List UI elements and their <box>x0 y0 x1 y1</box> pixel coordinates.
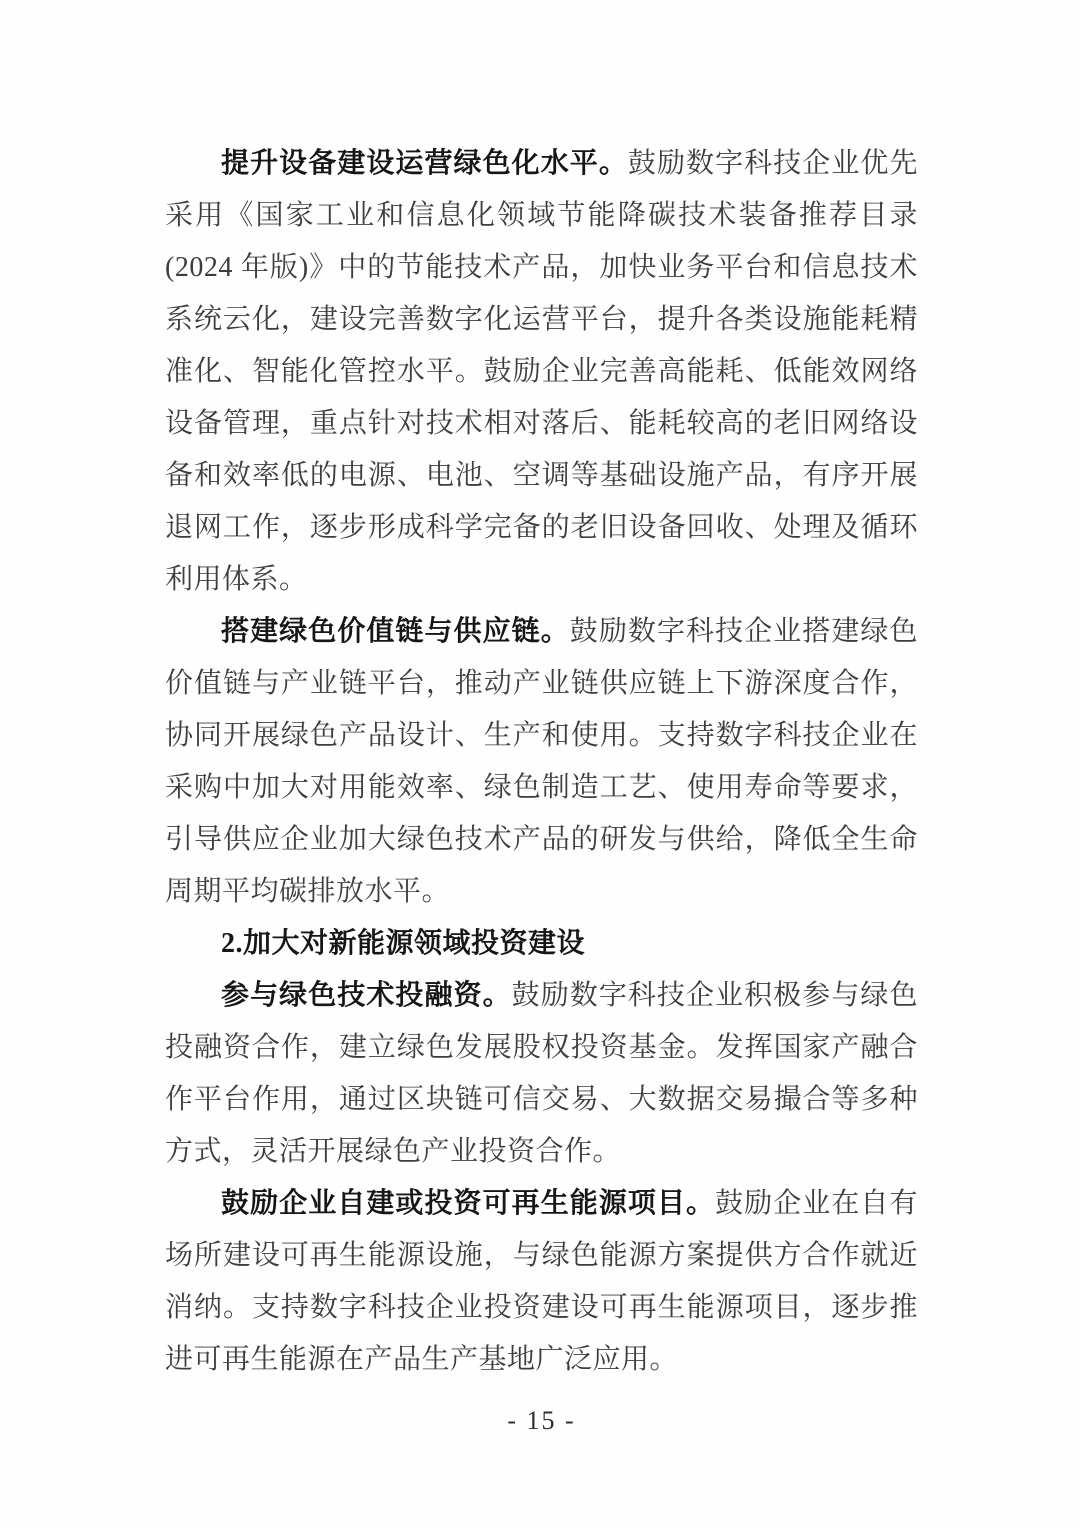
body-text-run: 鼓励数字科技企业搭建绿色 <box>570 616 918 647</box>
bold-lead-run: 鼓励企业自建或投资可再生能源项目。 <box>221 1188 715 1219</box>
paragraph-line: 消纳。支持数字科技企业投资建设可再生能源项目，逐步推 <box>165 1282 918 1334</box>
document-body: 提升设备建设运营绿色化水平。鼓励数字科技企业优先采用《国家工业和信息化领域节能降… <box>165 138 918 1386</box>
paragraph-line: 鼓励企业自建或投资可再生能源项目。鼓励企业在自有 <box>165 1178 918 1230</box>
paragraph-line: 引导供应企业加大绿色技术产品的研发与供给，降低全生命 <box>165 814 918 866</box>
body-text-run: 消纳。支持数字科技企业投资建设可再生能源项目，逐步推 <box>165 1292 918 1323</box>
paragraph-line: 价值链与产业链平台，推动产业链供应链上下游深度合作， <box>165 658 918 710</box>
body-text-run: 鼓励企业在自有 <box>715 1188 918 1219</box>
body-text-run: 鼓励数字科技企业优先 <box>628 148 918 179</box>
body-text-run: 引导供应企业加大绿色技术产品的研发与供给，降低全生命 <box>165 824 918 855</box>
paragraph-line: 进可再生能源在产品生产基地广泛应用。 <box>165 1334 918 1386</box>
paragraph-line: 利用体系。 <box>165 554 918 606</box>
body-text-run: 准化、智能化管控水平。鼓励企业完善高能耗、低能效网络 <box>165 356 918 387</box>
bold-lead-run: 2.加大对新能源领域投资建设 <box>221 928 585 959</box>
paragraph-line: 设备管理，重点针对技术相对落后、能耗较高的老旧网络设 <box>165 398 918 450</box>
paragraph-line: 准化、智能化管控水平。鼓励企业完善高能耗、低能效网络 <box>165 346 918 398</box>
body-text-run: 鼓励数字科技企业积极参与绿色 <box>512 980 918 1011</box>
body-text-run: 采用《国家工业和信息化领域节能降碳技术装备推荐目录 <box>165 200 918 231</box>
body-text-run: 投融资合作，建立绿色发展股权投资基金。发挥国家产融合 <box>165 1032 918 1063</box>
document-page: 提升设备建设运营绿色化水平。鼓励数字科技企业优先采用《国家工业和信息化领域节能降… <box>0 0 1080 1528</box>
body-text-run: 设备管理，重点针对技术相对落后、能耗较高的老旧网络设 <box>165 408 918 439</box>
paragraph-line: 作平台作用，通过区块链可信交易、大数据交易撮合等多种 <box>165 1074 918 1126</box>
body-text-run: 利用体系。 <box>165 564 308 595</box>
bold-lead-run: 搭建绿色价值链与供应链。 <box>221 616 570 647</box>
paragraph-line: 参与绿色技术投融资。鼓励数字科技企业积极参与绿色 <box>165 970 918 1022</box>
paragraph-line: 退网工作，逐步形成科学完备的老旧设备回收、处理及循环 <box>165 502 918 554</box>
paragraph-line: 提升设备建设运营绿色化水平。鼓励数字科技企业优先 <box>165 138 918 190</box>
paragraph-line: 采购中加大对用能效率、绿色制造工艺、使用寿命等要求， <box>165 762 918 814</box>
paragraph-line: 方式，灵活开展绿色产业投资合作。 <box>165 1126 918 1178</box>
body-text-run: 场所建设可再生能源设施，与绿色能源方案提供方合作就近 <box>165 1240 918 1271</box>
paragraph-line: 投融资合作，建立绿色发展股权投资基金。发挥国家产融合 <box>165 1022 918 1074</box>
page-footer: - 15 - <box>165 1404 918 1438</box>
paragraph-line: 备和效率低的电源、电池、空调等基础设施产品，有序开展 <box>165 450 918 502</box>
body-text-run: 周期平均碳排放水平。 <box>165 876 450 907</box>
paragraph-line: (2024 年版)》中的节能技术产品，加快业务平台和信息技术 <box>165 242 918 294</box>
body-text-run: (2024 年版)》中的节能技术产品，加快业务平台和信息技术 <box>165 252 918 283</box>
body-text-run: 采购中加大对用能效率、绿色制造工艺、使用寿命等要求， <box>165 772 918 803</box>
body-text-run: 系统云化，建设完善数字化运营平台，提升各类设施能耗精 <box>165 304 918 335</box>
section-heading-line: 2.加大对新能源领域投资建设 <box>165 918 918 970</box>
paragraph-line: 搭建绿色价值链与供应链。鼓励数字科技企业搭建绿色 <box>165 606 918 658</box>
paragraph-line: 系统云化，建设完善数字化运营平台，提升各类设施能耗精 <box>165 294 918 346</box>
bold-lead-run: 参与绿色技术投融资。 <box>221 980 512 1011</box>
bold-lead-run: 提升设备建设运营绿色化水平。 <box>221 148 628 179</box>
body-text-run: 退网工作，逐步形成科学完备的老旧设备回收、处理及循环 <box>165 512 918 543</box>
body-text-run: 作平台作用，通过区块链可信交易、大数据交易撮合等多种 <box>165 1084 918 1115</box>
body-text-run: 协同开展绿色产品设计、生产和使用。支持数字科技企业在 <box>165 720 918 751</box>
page-number: - 15 - <box>507 1406 575 1435</box>
body-text-run: 方式，灵活开展绿色产业投资合作。 <box>165 1136 621 1167</box>
paragraph-line: 场所建设可再生能源设施，与绿色能源方案提供方合作就近 <box>165 1230 918 1282</box>
paragraph-line: 协同开展绿色产品设计、生产和使用。支持数字科技企业在 <box>165 710 918 762</box>
body-text-run: 进可再生能源在产品生产基地广泛应用。 <box>165 1344 678 1375</box>
paragraph-line: 采用《国家工业和信息化领域节能降碳技术装备推荐目录 <box>165 190 918 242</box>
paragraph-line: 周期平均碳排放水平。 <box>165 866 918 918</box>
body-text-run: 价值链与产业链平台，推动产业链供应链上下游深度合作， <box>165 668 918 699</box>
body-text-run: 备和效率低的电源、电池、空调等基础设施产品，有序开展 <box>165 460 918 491</box>
